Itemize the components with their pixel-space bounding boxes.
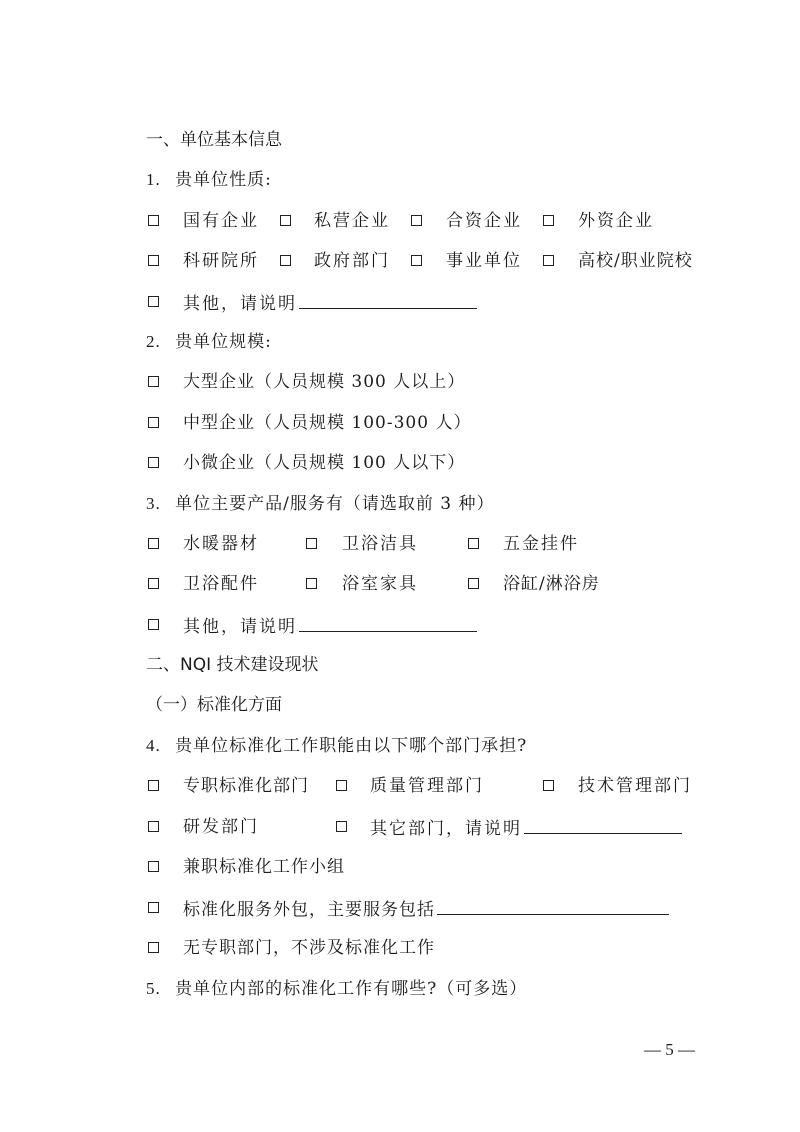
checkbox-quality-dept[interactable] bbox=[336, 780, 347, 791]
checkbox-parttime-group[interactable] bbox=[148, 861, 159, 872]
q1-other-row: 其他，请说明 bbox=[0, 288, 800, 316]
checkbox-public-institution[interactable] bbox=[411, 255, 422, 266]
question-3-number: 3. bbox=[146, 494, 161, 513]
question-4-text: 贵单位标准化工作职能由以下哪个部门承担? bbox=[175, 736, 527, 756]
checkbox-plumbing[interactable] bbox=[148, 538, 159, 549]
question-5-text: 贵单位内部的标准化工作有哪些?（可多选） bbox=[175, 979, 527, 999]
checkbox-hardware[interactable] bbox=[468, 538, 479, 549]
q3-options-row-2: 卫浴配件 浴室家具 浴缸/淋浴房 bbox=[0, 570, 800, 598]
option-label: 小微企业（人员规模 100 人以下） bbox=[183, 449, 465, 477]
option-label: 外资企业 bbox=[578, 207, 654, 235]
q4-option-none: 无专职部门，不涉及标准化工作 bbox=[0, 934, 800, 962]
option-label: 专职标准化部门 bbox=[183, 772, 309, 800]
question-3-text: 单位主要产品/服务有（请选取前 3 种） bbox=[175, 494, 494, 514]
checkbox-university[interactable] bbox=[543, 255, 554, 266]
option-label: 质量管理部门 bbox=[370, 772, 484, 800]
checkbox-other[interactable] bbox=[148, 296, 159, 307]
option-label: 中型企业（人员规模 100-300 人） bbox=[183, 409, 471, 437]
section-2-title: 二、NQI 技术建设现状 bbox=[146, 651, 319, 679]
option-label: 浴室家具 bbox=[342, 570, 418, 598]
checkbox-research-institute[interactable] bbox=[148, 255, 159, 266]
checkbox-small-enterprise[interactable] bbox=[148, 457, 159, 468]
checkbox-sanitary-ware[interactable] bbox=[306, 538, 317, 549]
checkbox-bathroom-furniture[interactable] bbox=[306, 578, 317, 589]
option-label: 卫浴洁具 bbox=[342, 530, 418, 558]
checkbox-other[interactable] bbox=[148, 619, 159, 630]
option-label: 兼职标准化工作小组 bbox=[183, 853, 345, 881]
option-label: 国有企业 bbox=[183, 207, 259, 235]
option-label: 水暖器材 bbox=[183, 530, 259, 558]
subsection-title: （一）标准化方面 bbox=[146, 691, 282, 719]
page-number: — 5 — bbox=[644, 1040, 695, 1060]
option-label: 研发部门 bbox=[183, 813, 259, 841]
option-label: 无专职部门，不涉及标准化工作 bbox=[183, 934, 435, 962]
question-2: 2. 贵单位规模: bbox=[146, 328, 272, 356]
option-label: 其他，请说明 bbox=[183, 294, 297, 314]
checkbox-government[interactable] bbox=[280, 255, 291, 266]
q4-options-row-2: 研发部门 其它部门，请说明 bbox=[0, 813, 800, 841]
checkbox-dedicated-dept[interactable] bbox=[148, 780, 159, 791]
option-label: 标准化服务外包，主要服务包括 bbox=[183, 900, 435, 920]
option-label: 私营企业 bbox=[314, 207, 390, 235]
q4-option-parttime: 兼职标准化工作小组 bbox=[0, 853, 800, 881]
checkbox-medium-enterprise[interactable] bbox=[148, 417, 159, 428]
checkbox-outsourcing[interactable] bbox=[148, 902, 159, 913]
q2-option-medium: 中型企业（人员规模 100-300 人） bbox=[0, 409, 800, 437]
other-input-line[interactable] bbox=[299, 611, 477, 632]
q3-other-row: 其他，请说明 bbox=[0, 611, 800, 639]
option-label: 其他，请说明 bbox=[183, 617, 297, 637]
q4-options-row-1: 专职标准化部门 质量管理部门 技术管理部门 bbox=[0, 772, 800, 800]
option-label: 卫浴配件 bbox=[183, 570, 259, 598]
question-4: 4. 贵单位标准化工作职能由以下哪个部门承担? bbox=[146, 732, 527, 760]
option-label: 高校/职业院校 bbox=[578, 247, 693, 275]
question-5: 5. 贵单位内部的标准化工作有哪些?（可多选） bbox=[146, 975, 527, 1003]
q2-option-small: 小微企业（人员规模 100 人以下） bbox=[0, 449, 800, 477]
question-1: 1. 贵单位性质: bbox=[146, 166, 272, 194]
other-dept-input-line[interactable] bbox=[524, 813, 682, 834]
checkbox-bathtub-shower[interactable] bbox=[468, 578, 479, 589]
question-1-text: 贵单位性质: bbox=[175, 170, 272, 190]
question-4-number: 4. bbox=[146, 736, 161, 755]
checkbox-no-dept[interactable] bbox=[148, 942, 159, 953]
other-input-line[interactable] bbox=[299, 288, 477, 309]
q1-options-row-1: 国有企业 私营企业 合资企业 外资企业 bbox=[0, 207, 800, 235]
outsourcing-input-line[interactable] bbox=[437, 894, 669, 915]
q1-options-row-2: 科研院所 政府部门 事业单位 高校/职业院校 bbox=[0, 247, 800, 275]
option-label: 事业单位 bbox=[446, 247, 522, 275]
option-label: 技术管理部门 bbox=[578, 772, 692, 800]
checkbox-joint-venture[interactable] bbox=[411, 215, 422, 226]
checkbox-foreign[interactable] bbox=[543, 215, 554, 226]
option-label: 其它部门，请说明 bbox=[370, 819, 522, 839]
checkbox-state-owned[interactable] bbox=[148, 215, 159, 226]
option-label: 浴缸/淋浴房 bbox=[503, 570, 600, 598]
q4-option-outsource: 标准化服务外包，主要服务包括 bbox=[0, 894, 800, 922]
checkbox-rd-dept[interactable] bbox=[148, 821, 159, 832]
question-5-number: 5. bbox=[146, 979, 161, 998]
option-label: 五金挂件 bbox=[503, 530, 579, 558]
question-2-number: 2. bbox=[146, 332, 161, 351]
option-label: 科研院所 bbox=[183, 247, 259, 275]
option-label: 大型企业（人员规模 300 人以上） bbox=[183, 368, 465, 396]
question-2-text: 贵单位规模: bbox=[175, 332, 272, 352]
option-label: 政府部门 bbox=[314, 247, 390, 275]
question-1-number: 1. bbox=[146, 170, 161, 189]
q3-options-row-1: 水暖器材 卫浴洁具 五金挂件 bbox=[0, 530, 800, 558]
checkbox-large-enterprise[interactable] bbox=[148, 376, 159, 387]
checkbox-other-dept[interactable] bbox=[336, 821, 347, 832]
option-label: 合资企业 bbox=[446, 207, 522, 235]
checkbox-private[interactable] bbox=[280, 215, 291, 226]
checkbox-tech-dept[interactable] bbox=[543, 780, 554, 791]
question-3: 3. 单位主要产品/服务有（请选取前 3 种） bbox=[146, 490, 495, 518]
q2-option-large: 大型企业（人员规模 300 人以上） bbox=[0, 368, 800, 396]
section-1-title: 一、单位基本信息 bbox=[146, 126, 282, 154]
checkbox-bath-accessories[interactable] bbox=[148, 578, 159, 589]
